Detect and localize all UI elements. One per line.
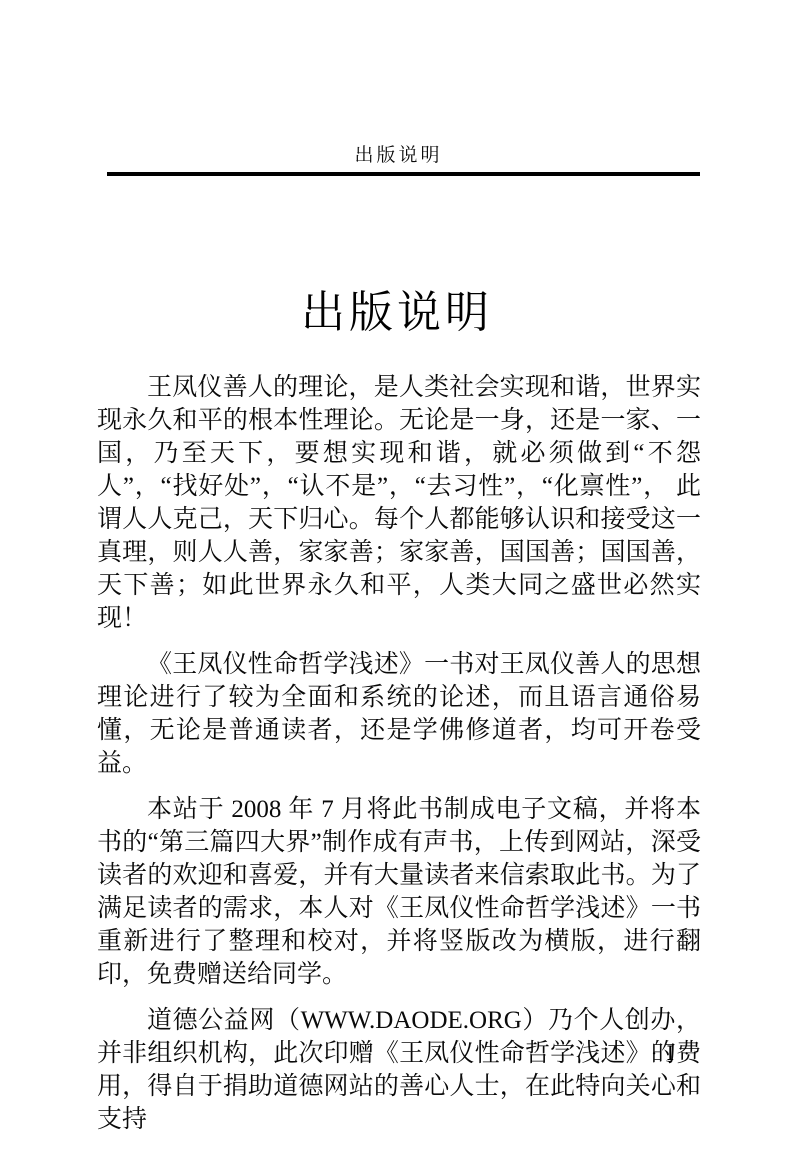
paragraph: 道德公益网（WWW.DAODE.ORG）乃个人创办，并非组织机构，此次印赠《王凤… bbox=[97, 1004, 701, 1136]
page-number: · Ⅰ · bbox=[651, 1041, 692, 1066]
page-title: 出版说明 bbox=[0, 276, 794, 340]
running-header: 出版说明 bbox=[97, 140, 700, 167]
scanned-book-page: 出版说明 出版说明 王凤仪善人的理论，是人类社会实现和谐，世界实现永久和平的根本… bbox=[0, 0, 794, 1149]
paragraph: 本站于 2008 年 7 月将此书制成电子文稿，并将本书的“第三篇四大界”制作成… bbox=[97, 793, 701, 991]
header-rule-divider bbox=[107, 172, 700, 176]
paragraph: 《王凤仪性命哲学浅述》一书对王凤仪善人的思想理论进行了较为全面和系统的论述，而且… bbox=[97, 648, 701, 780]
paragraph: 王凤仪善人的理论，是人类社会实现和谐，世界实现永久和平的根本性理论。无论是一身，… bbox=[97, 371, 701, 635]
body-text: 王凤仪善人的理论，是人类社会实现和谐，世界实现永久和平的根本性理论。无论是一身，… bbox=[97, 371, 701, 1149]
